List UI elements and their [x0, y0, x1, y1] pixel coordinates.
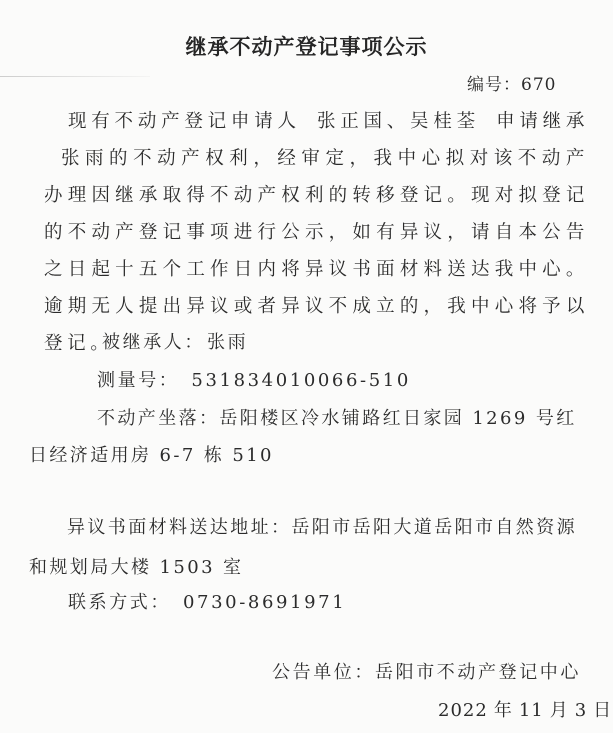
contact-field: 联系方式：0730-8691971	[68, 588, 346, 614]
decedent-field: 被继承人：张雨	[102, 328, 248, 354]
survey-number-field: 测量号：531834010066-510	[97, 366, 411, 392]
location-label: 不动产坐落：	[97, 408, 219, 429]
issue-date: 2022年11月3日	[435, 696, 613, 722]
notice-main-text: 的不动产权利，经审定，我中心拟对该不动产办理因继承取得不动产权利的转移登记。现对…	[44, 148, 589, 354]
survey-label: 测量号：	[97, 370, 179, 391]
decedent-label: 被继承人：	[102, 332, 205, 353]
contact-label: 联系方式：	[68, 592, 171, 613]
date-day-unit: 日	[593, 700, 612, 721]
issuer-label: 公告单位：	[272, 662, 375, 683]
date-month-unit: 月	[550, 700, 569, 721]
serial-value: 670	[521, 75, 556, 95]
objection-address-label: 异议书面材料送达地址：	[67, 517, 291, 538]
issuer: 公告单位：岳阳市不动产登记中心	[272, 658, 581, 684]
date-year-unit: 年	[494, 700, 513, 721]
document-title: 继承不动产登记事项公示	[0, 31, 613, 61]
decedent-value: 张雨	[207, 332, 248, 353]
applicants: 张正国、吴桂荃	[317, 111, 480, 132]
intro-prefix: 现有不动产登记申请人	[68, 111, 301, 132]
date-year: 2022	[438, 700, 488, 721]
property-location-field: 不动产坐落：岳阳楼区冷水铺路红日家园 1269 号红日经济适用房 6-7 栋 5…	[29, 400, 594, 474]
date-day: 3	[575, 700, 587, 721]
date-month: 11	[519, 700, 544, 721]
survey-value: 531834010066-510	[191, 370, 410, 391]
notice-body: 现有不动产登记申请人张正国、吴桂荃申请继承张雨的不动产权利，经审定，我中心拟对该…	[44, 103, 589, 362]
issuer-value: 岳阳市不动产登记中心	[375, 662, 581, 683]
serial-label: 编号：	[467, 75, 521, 95]
serial-number: 编号：670	[467, 70, 556, 95]
contact-value: 0730-8691971	[183, 592, 346, 613]
objection-address-field: 异议书面材料送达地址：岳阳市岳阳大道岳阳市自然资源和规划局大楼 1503 室	[29, 508, 594, 588]
apply-text: 申请继承	[496, 111, 589, 132]
deceased-name: 张雨	[60, 148, 109, 169]
scan-artifact-line	[0, 76, 150, 77]
